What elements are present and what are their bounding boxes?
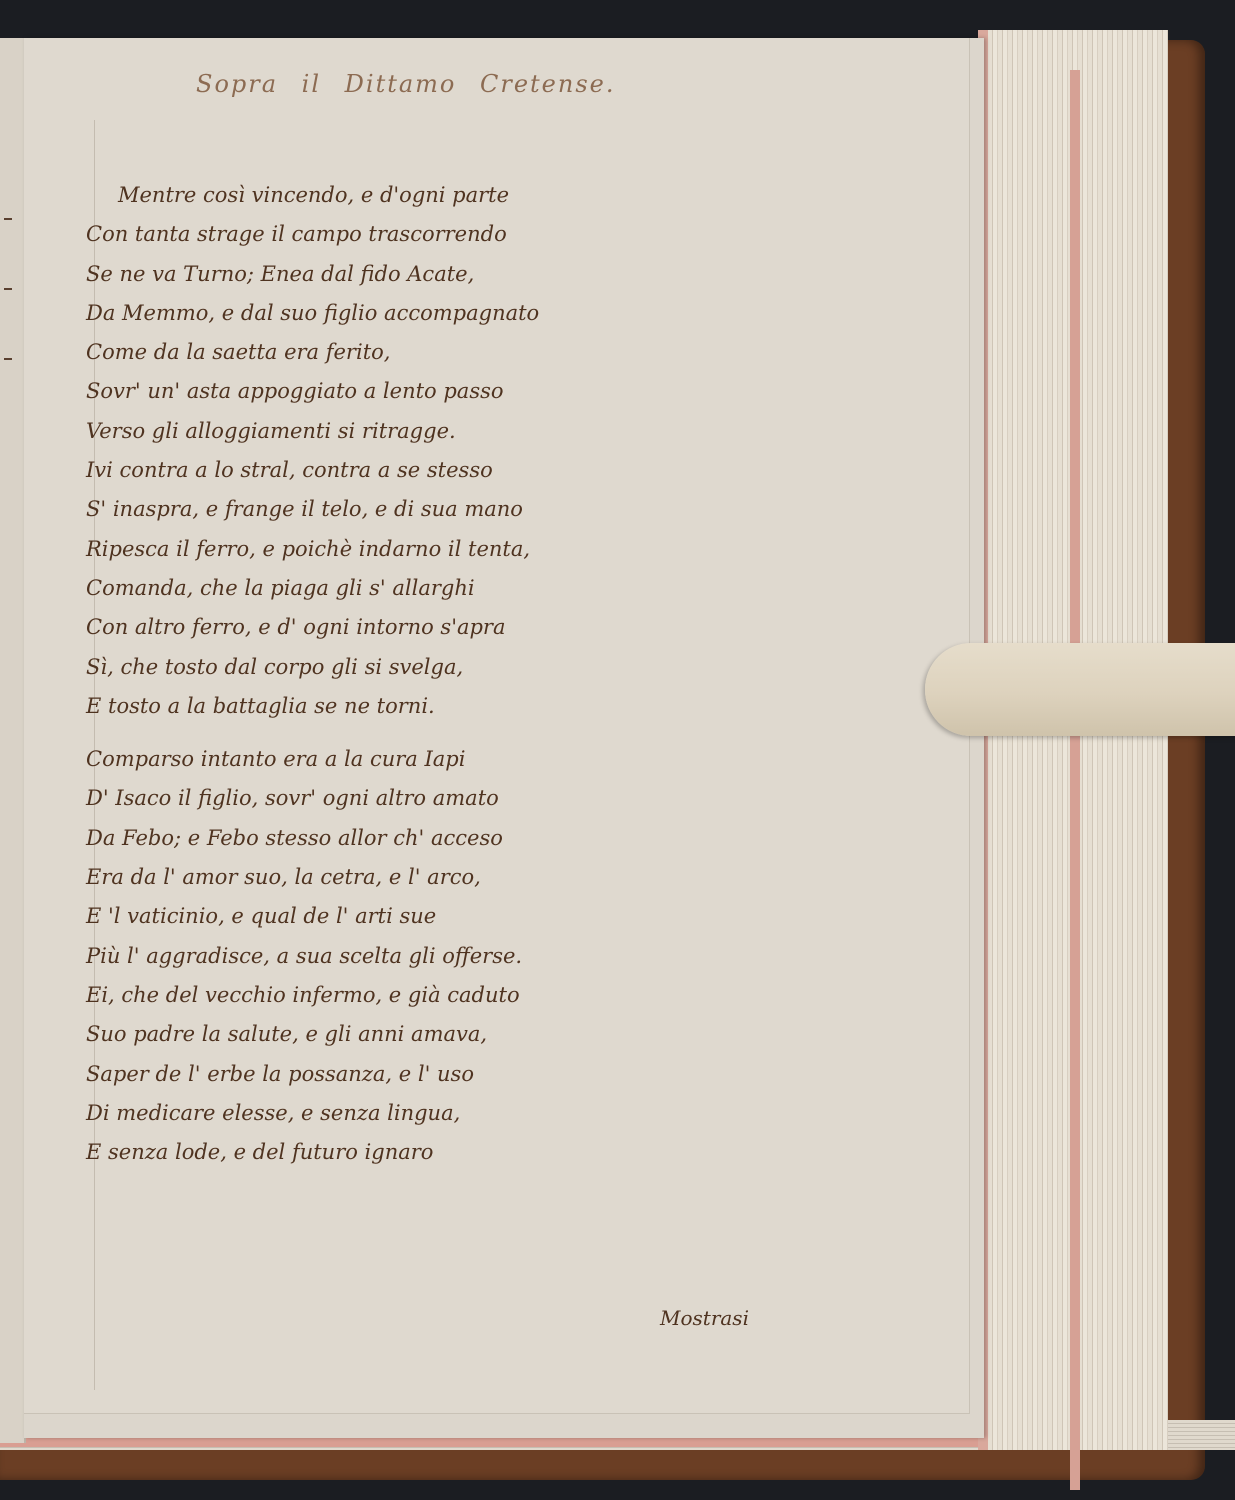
poem-line: Con altro ferro, e d' ogni intorno s'apr… — [86, 608, 786, 647]
poem-line: Come da la saetta era ferito, — [86, 333, 786, 372]
poem-line: S' inaspra, e frange il telo, e di sua m… — [86, 490, 786, 529]
ink-mark — [4, 358, 12, 360]
poem-line: Ripesca il ferro, e poichè indarno il te… — [86, 530, 786, 569]
poem-text: Mentre così vincendo, e d'ogni parte Con… — [86, 176, 786, 1172]
poem-line: Verso gli alloggiamenti si ritragge. — [86, 412, 786, 451]
ink-mark — [4, 218, 12, 220]
poem-line: Sovr' un' asta appoggiato a lento passo — [86, 372, 786, 411]
ink-mark — [4, 288, 12, 290]
poem-line: Suo padre la salute, e gli anni amava, — [86, 1015, 786, 1054]
bone-folder-bookmark — [925, 643, 1235, 736]
facing-page-edge — [0, 38, 26, 1443]
poem-line: Con tanta strage il campo trascorrendo — [86, 215, 786, 254]
poem-line: Comparso intanto era a la cura Iapi — [86, 740, 786, 779]
catchword: Mostrasi — [660, 1306, 749, 1330]
poem-line: E tosto a la battaglia se ne torni. — [86, 687, 786, 726]
poem-line: Più l' aggradisce, a sua scelta gli offe… — [86, 937, 786, 976]
poem-line: Di medicare elesse, e senza lingua, — [86, 1094, 786, 1133]
poem-line: Comanda, che la piaga gli s' allarghi — [86, 569, 786, 608]
poem-line: Saper de l' erbe la possanza, e l' uso — [86, 1055, 786, 1094]
poem-line: Mentre così vincendo, e d'ogni parte — [86, 176, 786, 215]
poem-line: D' Isaco il figlio, sovr' ogni altro ama… — [86, 779, 786, 818]
poem-line: Da Febo; e Febo stesso allor ch' acceso — [86, 819, 786, 858]
poem-line: Ei, che del vecchio infermo, e già cadut… — [86, 976, 786, 1015]
page-fore-edge — [978, 30, 1168, 1450]
poem-line: Ivi contra a lo stral, contra a se stess… — [86, 451, 786, 490]
poem-line: Da Memmo, e dal suo figlio accompagnato — [86, 294, 786, 333]
pink-leaf-edge — [1070, 70, 1080, 1490]
poem-line: Era da l' amor suo, la cetra, e l' arco, — [86, 858, 786, 897]
poem-line: E 'l vaticinio, e qual de l' arti sue — [86, 897, 786, 936]
poem-line: E senza lode, e del futuro ignaro — [86, 1133, 786, 1172]
poem-line: Sì, che tosto dal corpo gli si svelga, — [86, 648, 786, 687]
poem-line: Se ne va Turno; Enea dal fido Acate, — [86, 255, 786, 294]
page-title: Sopra il Dittamo Cretense. — [196, 70, 616, 98]
